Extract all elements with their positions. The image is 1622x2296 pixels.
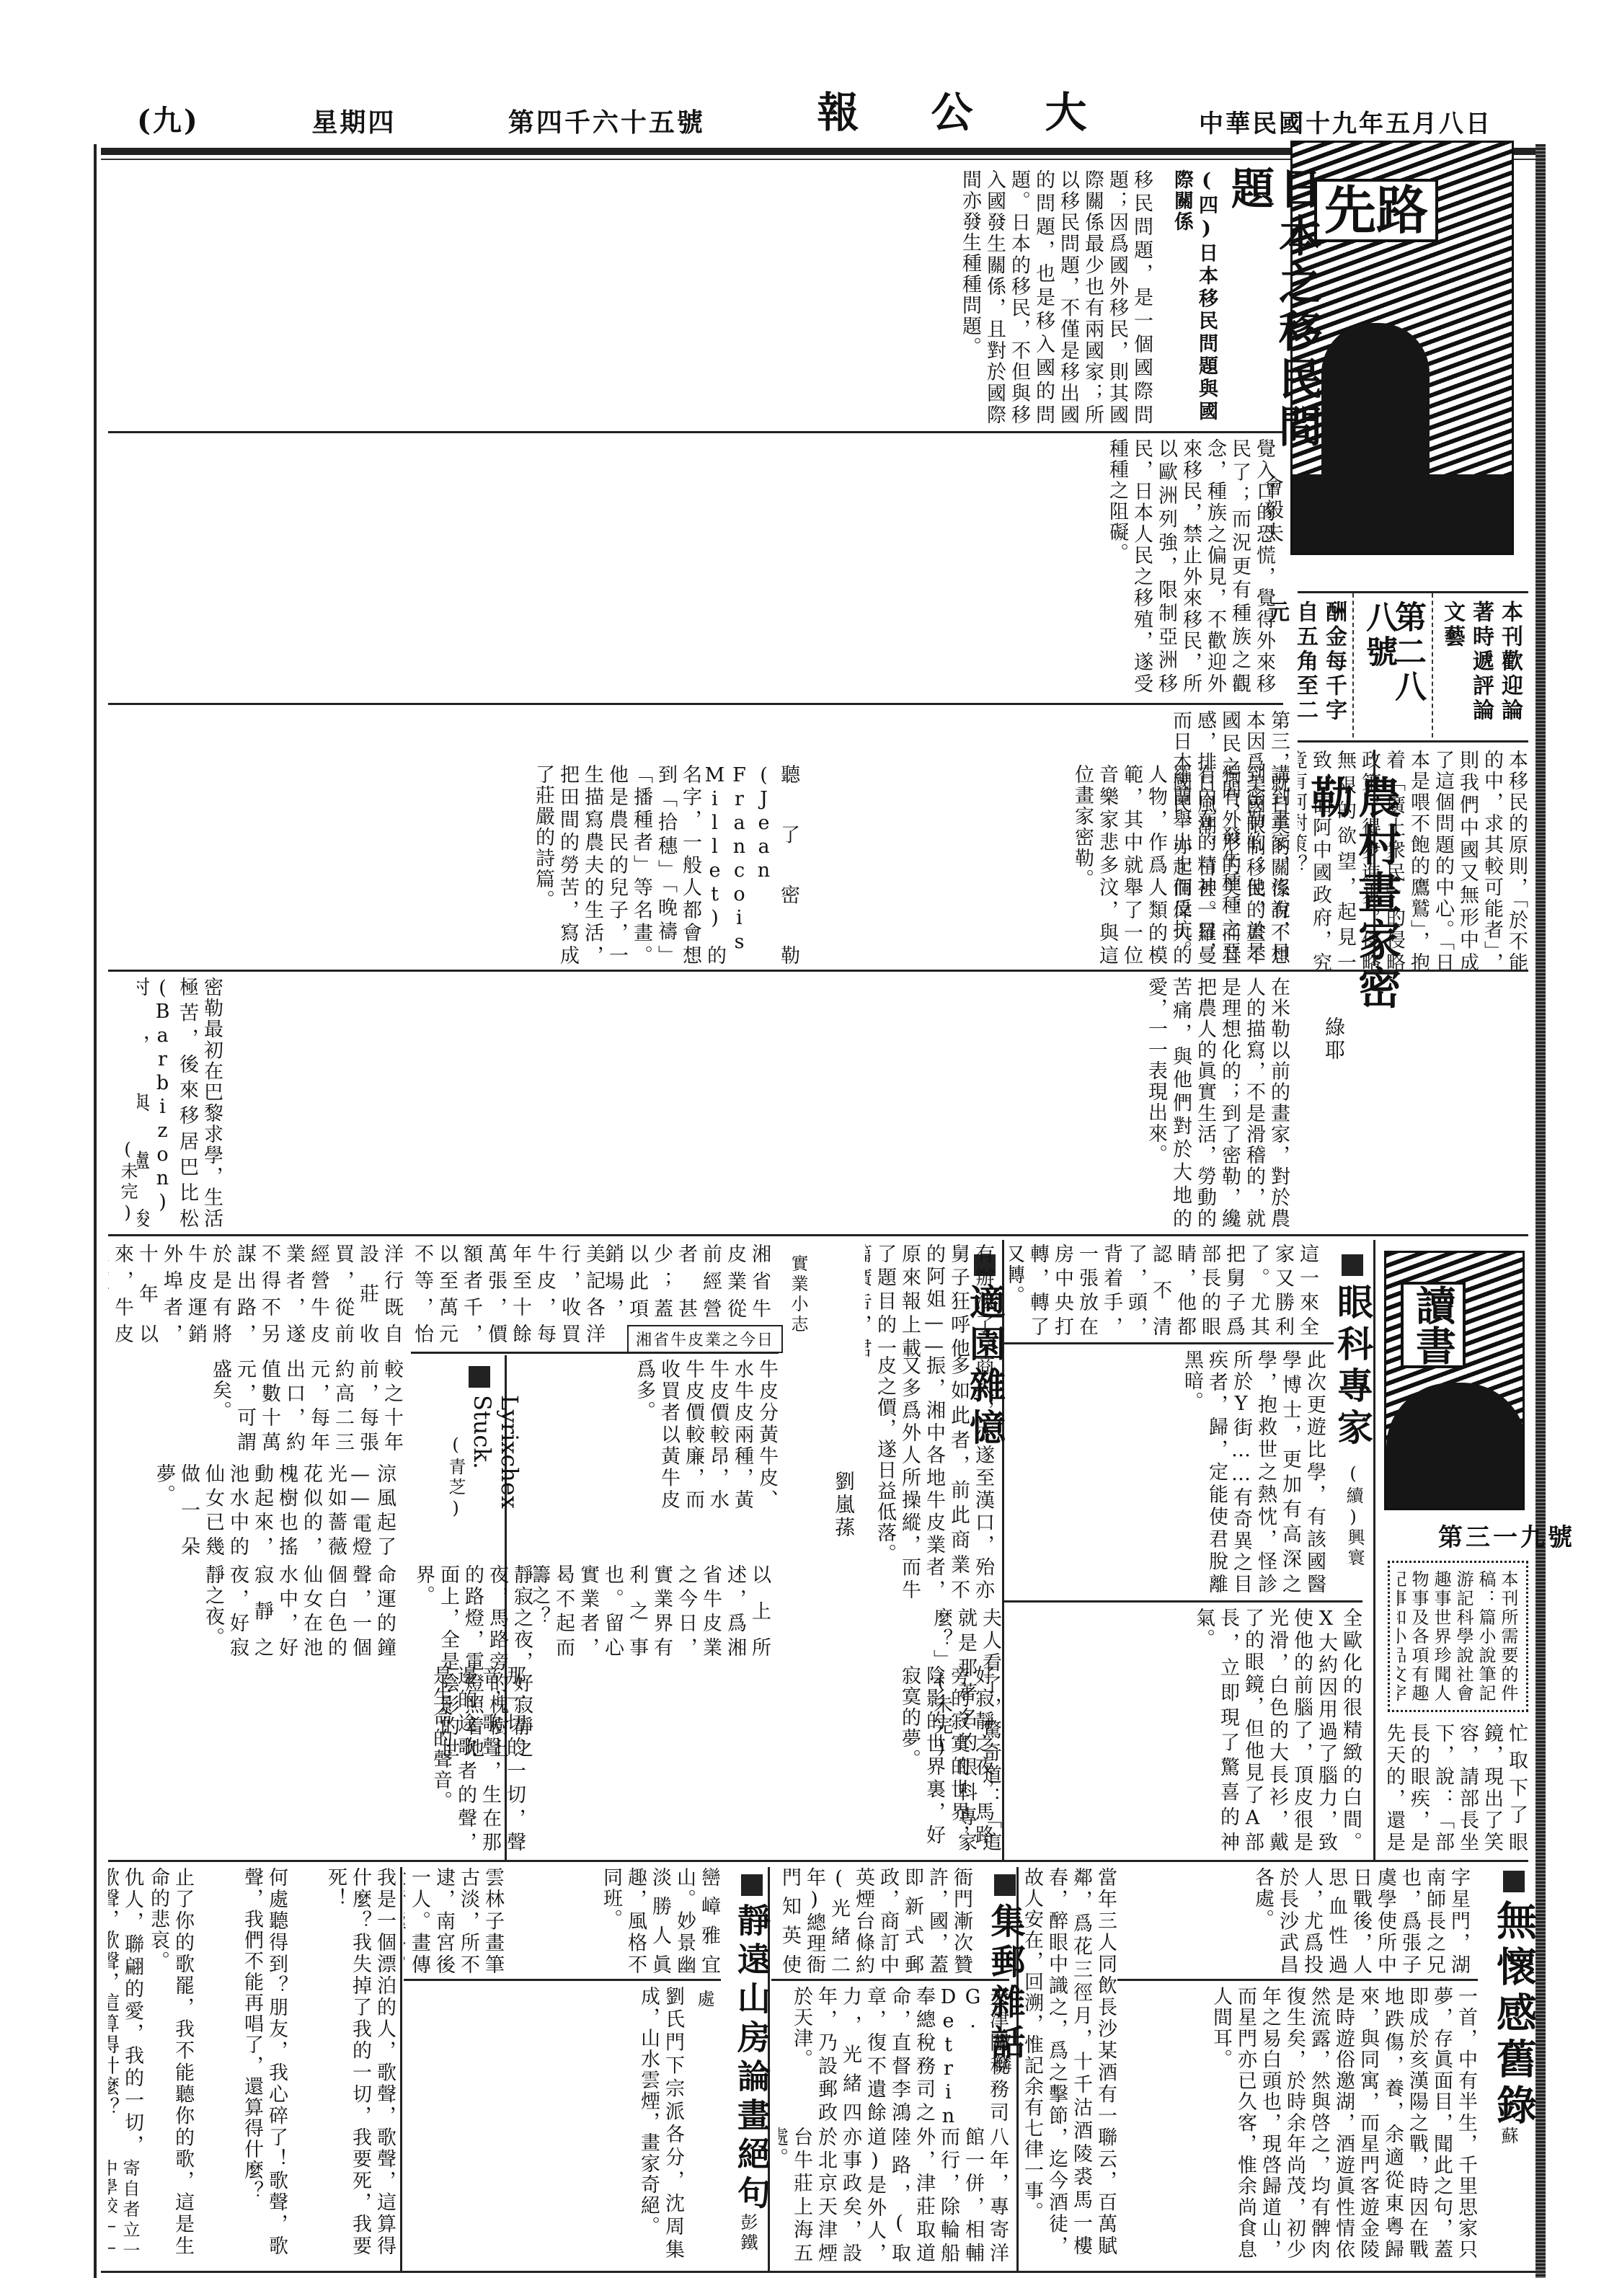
poem-stanza: 那一切的一切，聲音，歌聲，生在那邊的途歌者的聲，是生命的聲音。 (108, 1665, 526, 1853)
page-border-left (94, 144, 97, 2278)
article-body-leather-3: 牛皮分黃牛皮、水牛皮兩種，黃牛皮價較昂，水牛皮價較廉，而收買者以黃牛皮爲多。 (519, 1359, 779, 1510)
title-text: 無懷感舊錄 (1490, 1900, 1538, 2130)
author-painting-poems: 彭鐵 (735, 2213, 761, 2253)
article-body-eye-2: 此次更遊比學，有該國醫學博士，更加有高深之學，抱救世之熱忱，怪診所於Y街……有奇… (1009, 1349, 1326, 1595)
article-title-millet: 農村畫家密勒 (1305, 775, 1400, 1013)
section-marker-icon (1342, 1254, 1363, 1276)
article-body-leather-2: 美記各洋行，收買牛皮，每年至十餘萬張，價額者千，以至萬元不等，怡和洋行、太古洋行… (411, 1244, 606, 1344)
poem-dirge-verse: 仇人，聯翩的愛，我的一切，歌聲，歌聲，這算得什麼？ (108, 1867, 144, 2155)
article-title-painting-poems: 靜遠山房論畫絕句 (728, 1874, 776, 2215)
poem-stanza: 好寂靜之夜，馬路旁的寂寞的世界，陰影的世界裏，好寂寞的夢。 (779, 1665, 995, 1845)
banner-title: 讀書 (1401, 1282, 1466, 1368)
column-divider (1002, 1600, 1362, 1603)
article-body-millet-3: 在米勒以前的畫家，對於農人的描寫，不是滑稽的，就是理想化的；到了密勒，纔把農人的… (108, 977, 1290, 1229)
article-body-millet-1: 講到畫家，沒有不想到密勒的；他的畫不獨有外形的美，而且有內在的精神。羅曼羅蘭舉出… (807, 764, 1290, 966)
poem-author: (青芝) (443, 1435, 469, 1521)
column-divider (1002, 1342, 1334, 1344)
article-body-eye-4: 忙取下了眼鏡，現出了笑容，請部長坐下，說：「部長的眼疾，是先天的，還是後天的？」… (1388, 1723, 1528, 1853)
masthead: 中華民國十九年五月八日 大 公 報 第四千六十五號 星期四 (九) (101, 79, 1535, 148)
second-author-mark: 處 (692, 1990, 717, 2010)
call-for-papers-box: 本刊所需要的件稿：篇小說筆記游記科學說社會趣事世界珍聞人物事及各項有趣紀事和小品… (1388, 1561, 1528, 1712)
article-body-nostalgia-2: 一首，中有半生，千里思家只夢，存眞面目，聞此之句，蓋即成於亥漢陽之戰，時因在戰地… (1081, 1986, 1478, 2260)
author-millet: 綠耶 (1319, 1016, 1348, 1063)
poem-dirge-signature: 寄自者立一中學校—— (108, 2159, 141, 2260)
article-body-migration-2: 覺入口的恐慌，覺得外來移民了；而況更有種族之觀念，種族之偏見，不歡迎外來移民，禁… (108, 438, 1276, 694)
poem-dirge-verse: 我是一個漂泊的人，歌聲，歌聲，這算得什麼？我失掉了我的一切，我要死，我要死！ (288, 1867, 396, 2256)
author-eye-doctor: 興寰 (1342, 1528, 1368, 1569)
author-nostalgia: 蘇 (1496, 2127, 1521, 2147)
paper-title: 大 公 報 (817, 79, 1086, 139)
article-title-migration: 日本之移民問題 (1226, 166, 1321, 469)
poem-title: Lyrixchex Stuck. (469, 1395, 523, 1539)
article-body-eye-3: 全歐化的很精緻的白間。X大約因用過了腦力，致使他的前腦了，頂皮很是光滑，白色的大… (1009, 1608, 1362, 1853)
poem-dirge-verse: 止了你的歌罷，我不能聽你的歌，這是生命的悲哀。 (144, 1867, 195, 2256)
paper-title-char: 大 (1045, 79, 1086, 139)
supplement-issue-number-2: 第三一九號 (1438, 1517, 1575, 1553)
masthead-date: 中華民國十九年五月八日 (1199, 104, 1492, 139)
column-divider (108, 1860, 1528, 1862)
article-title-eye-doctor: 眼科專家 (1326, 1254, 1378, 1450)
article-body-stamps-1: 衙門漸次贊許，國，蓋即新式郵政，商訂中英煙台條約(光緒二年)總理衙門知英使Sir… (771, 1867, 973, 1975)
weekday: 星期四 (311, 102, 396, 139)
article-body-nostalgia-3: 當年三人同飲長沙某酒有一聯云，百萬賦鄰，爲花三徑月，十千沽酒陵裘馬一樓春，醉眼中… (1024, 1867, 1117, 2256)
issue-info-box: 本刊歡迎論著時遞評論文藝 第二八八號 酬金每千字自五角至二元 (1298, 591, 1528, 743)
article-body-stamps-2: 天津關稅務司G. Detring奉總稅務司之命，直督李鴻章，復不遺餘力，光緒四年… (779, 1986, 1009, 2123)
article-body-millet-2: 聽了密勒(Jean Francois Millet)的名字，一般人都會想到「拾穗… (108, 764, 800, 966)
reader-silhouette (1386, 1383, 1525, 1510)
section-marker-icon (741, 1874, 763, 1896)
column-divider (108, 431, 1283, 433)
title-text: 靜遠山房論畫絕句 (732, 1903, 771, 2215)
dushu-banner-illustration: 讀書 (1384, 1251, 1525, 1510)
section-heading-migration: (四)日本移民問題與國際關係 (1161, 169, 1218, 422)
article-body-painting-2: 雲林子畫筆古淡，所不逮，南宮後一人。畫傳世者極多，著有三十餘種，定，據先刺史公藏… (404, 1867, 505, 1975)
column-divider (108, 703, 1283, 705)
xianlu-banner-illustration: 先路 (1290, 141, 1514, 555)
page-number: (九) (137, 98, 200, 139)
paper-title-char: 報 (817, 79, 859, 139)
title-text: 眼科專家 (1331, 1283, 1374, 1450)
supplement-issue-number: 第二八八號 (1352, 593, 1433, 737)
call-for-papers-text: 本刊所需要的件稿：篇小說筆記游記科學說社會趣事世界珍聞人物事及各項有趣紀事和小品… (1397, 1570, 1519, 1703)
section-marker-icon (1503, 1871, 1525, 1892)
column-divider-vertical (400, 1867, 402, 2271)
continued-mark: (續) (1341, 1463, 1366, 1530)
article-body-millet-4: 密勒最初在巴黎求學，生活極苦，後來移居巴比松(Barbizon)村，與盧梭(Ro… (137, 977, 223, 1229)
article-body-shiyuan-1: 有辦法了。舅子狂呼他的阿姐——原來報上載了題目的一篇廣告，君對於醫學，素研究，尤… (865, 1244, 995, 1359)
article-body-eye-1: 這一來全家又勝利了。尤其把舅子爲部長的眼睛，他都認不清了，頭，背着手，一張放在房… (1009, 1244, 1319, 1337)
section-marker-icon (994, 1874, 1016, 1896)
section-marker-icon (469, 1366, 490, 1388)
poem-stanza: 命運的鐘聲，一個個白色的仙女在池水中，好寂靜之夜，好寂靜之夜。 (108, 1564, 396, 1658)
article-body-leather-5: 較之十年前，每張約高二三元，每年出口，約值數十萬元，可謂盛矣。 (108, 1359, 404, 1453)
article-body-leather-6: 以上所述，爲湘省牛皮業之今日，實業界有利之事也。留心實業者，曷不起而籌之？ (533, 1564, 771, 1658)
article-body-shiyuan-2: 商人，亦遂至漢口，殆亦多如此者，前此商業不振，湘中各地牛皮業者，又多爲外人所操縱… (779, 1355, 995, 1600)
column-divider (771, 1979, 1009, 1981)
paper-title-char: 公 (931, 79, 972, 139)
poem-stanza: 涼風起了——電燈光如薔薇花似的，槐樹也搖動起來，池水中的仙女已幾做一朵夢。 (108, 1463, 396, 1557)
issue-number: 第四千六十五號 (508, 102, 705, 139)
poem-dirge-verse: 何處聽得到？朋友，我心碎了！歌聲，歌聲，我們不能再唱了，還算得什麼？ (195, 1867, 288, 2256)
column-divider (1117, 1979, 1478, 1981)
column-divider (108, 1234, 1528, 1236)
leather-title-box: 湘省牛皮業之今日 (627, 1325, 783, 1353)
article-body-painting-1: 巒嶂雅宜山。妙景幽淡勝人眞趣，風格不同班。 (505, 1867, 721, 1975)
article-body-migration-1: 移民問題，是一個國際問題；因爲國外移民，則其國際關係最少也有兩國家；所以移民問題… (108, 169, 1153, 425)
banner-title: 先路 (1314, 179, 1438, 242)
article-body-leather-1: 湘省牛皮業從前經營者甚少；蓋以此項銷場，須由商人運往漢口，再行出售，每每爲漢口商… (606, 1244, 771, 1319)
article-title-nostalgia: 無懷感舊錄 (1485, 1871, 1543, 2130)
column-divider (404, 1979, 721, 1981)
call-for-papers: 本刊歡迎論著時遞評論文藝 (1433, 593, 1528, 737)
article-body-nostalgia-1: 字星門，湖南師長之兄也，爲張子虞學使所中日戰後，人思血性過人，尤爲投於長沙武昌各… (1125, 1867, 1471, 1975)
page-bottom-rule (101, 2271, 1535, 2273)
ground-shade (1293, 474, 1514, 555)
article-body-stamps-3: 八年，專寄洋館一併，相輔而行，除輪船外，津莊取道陸路，(取道)是外人，亦事政矣，… (779, 2127, 1009, 2264)
subcolumn-label: 實業小志 (786, 1254, 811, 1335)
article-body-leather-4: 洋行既自設莊收買，從前經營牛皮業者，遂不得不另謀出路，於是有將牛皮運銷外埠者，十… (108, 1244, 404, 1344)
article-body-painting-3: 劉氏門下宗派各分，沈周集成，山水雲煙，畫家奇絕。 (404, 1986, 685, 2260)
column-divider (411, 1352, 779, 1354)
to-be-continued: (未完) (115, 1139, 141, 1225)
